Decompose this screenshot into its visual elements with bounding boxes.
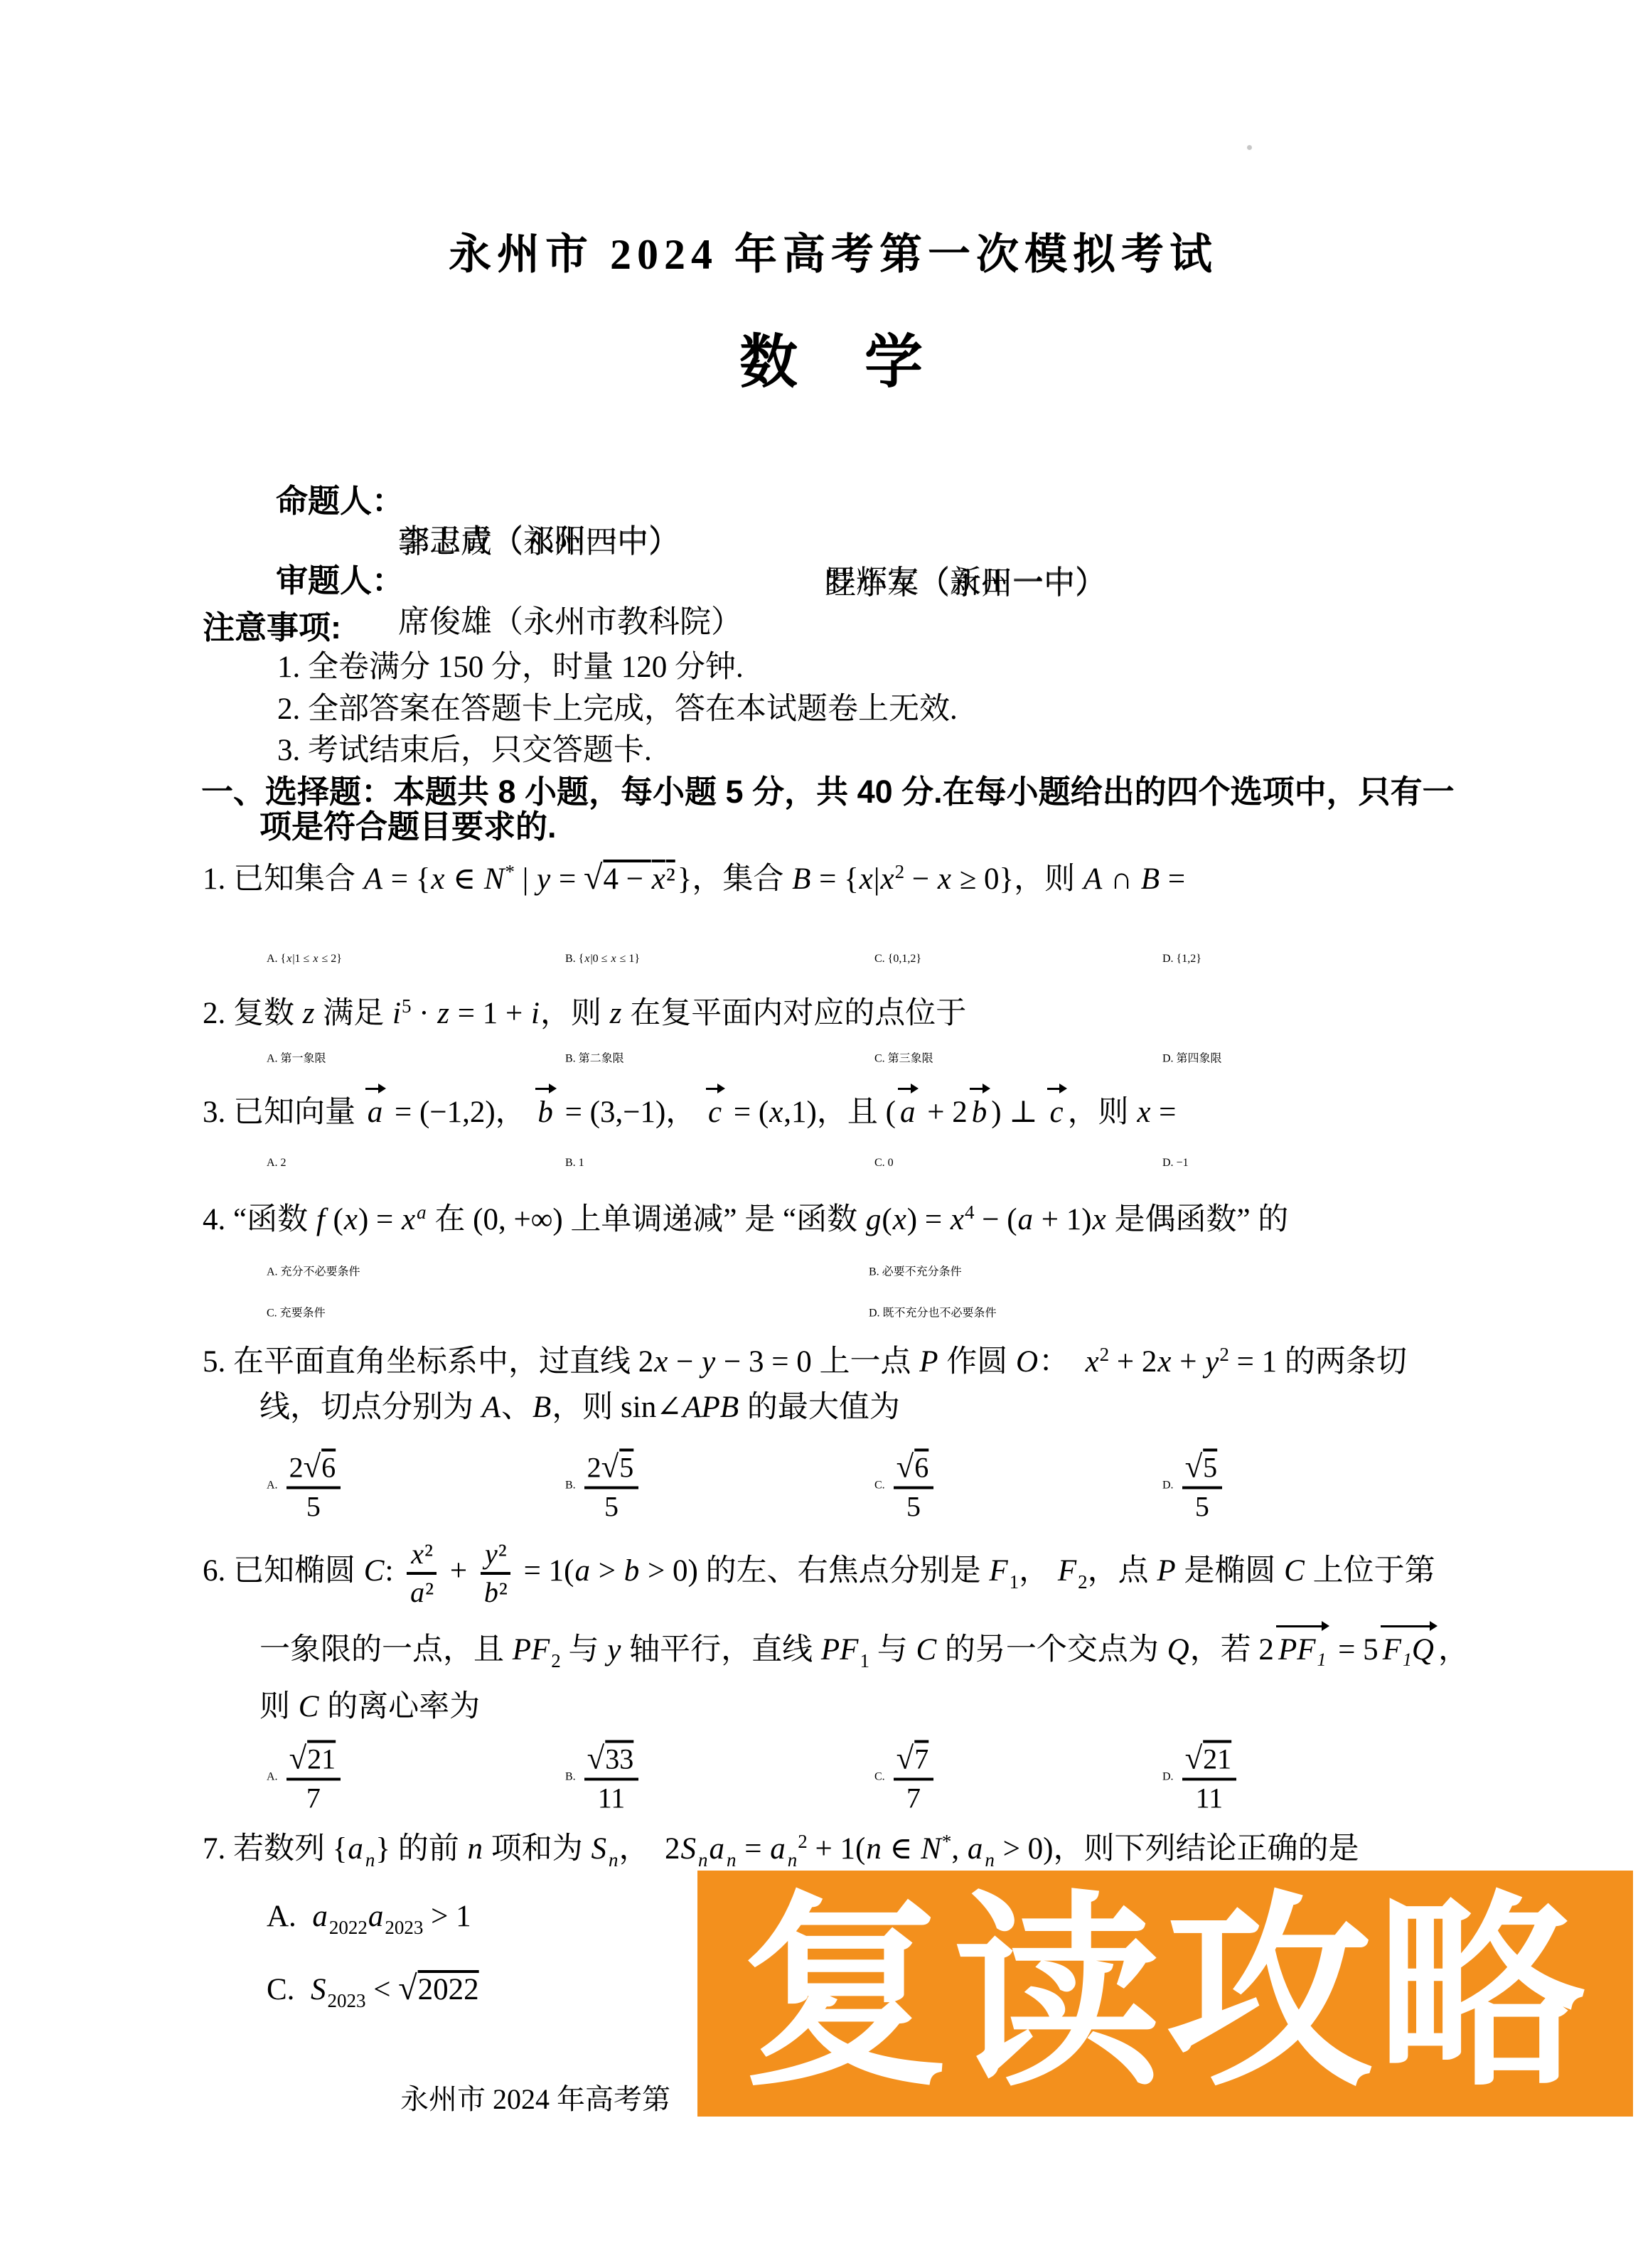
question-6-stem-line2: 一象限的一点，且 PF2 与 y 轴平行，直线 PF1 与 C 的另一个交点为 …	[259, 1630, 1469, 1674]
question-7-stem: 7. 若数列 {an} 的前 n 项和为 Sn， 2Snan = an2 + 1…	[203, 1829, 1359, 1873]
q2-option-c: C. 第三象限	[874, 1049, 933, 1066]
question-2-options: A. 第一象限 B. 第二象限 C. 第三象限 D. 第四象限	[0, 1037, 1638, 1078]
q4-option-a: A. 充分不必要条件	[267, 1263, 360, 1279]
q4-option-c: C. 充要条件	[267, 1304, 326, 1320]
exam-paper-page: { "title": "永州市 2024 年高考第一次模拟考试", "subje…	[0, 0, 1638, 2268]
question-4-stem: 4. “函数 f (x) = xa 在 (0, +∞) 上单调递减” 是 “函数…	[203, 1199, 1288, 1243]
q4-option-d: D. 既不充分也不必要条件	[869, 1304, 997, 1320]
q6-option-c: C. √77	[874, 1741, 939, 1813]
question-5-stem-line2: 线，切点分别为 A、B，则 sin∠APB 的最大值为	[259, 1387, 900, 1428]
q5-option-c: C. √65	[874, 1450, 939, 1521]
page-footer: 永州市 2024 年高考第	[400, 2079, 670, 2120]
scan-speck	[1247, 145, 1252, 150]
question-4-options-cd: C. 充要条件 D. 既不充分也不必要条件	[0, 1291, 1638, 1332]
q1-option-b: B. {x|0 ≤ x ≤ 1}	[565, 953, 640, 965]
q2-option-b: B. 第二象限	[565, 1049, 624, 1066]
q3-option-c: C. 0	[874, 1157, 894, 1170]
q6-option-a: A. √217	[267, 1741, 346, 1813]
notice-item-2: 2. 全部答案在答题卡上完成，答在本试题卷上无效.	[277, 689, 958, 730]
notice-item-3: 3. 考试结束后，只交答题卡.	[277, 730, 652, 771]
watermark-banner: 复读攻略	[697, 1871, 1633, 2117]
question-4-options-ab: A. 充分不必要条件 B. 必要不充分条件	[0, 1250, 1638, 1291]
q1-option-c: C. {0,1,2}	[874, 953, 921, 965]
q6-option-d: D. √2111	[1162, 1741, 1242, 1813]
q1-option-a: A. {x|1 ≤ x ≤ 2}	[267, 953, 342, 965]
question-2-stem: 2. 复数 z 满足 i5 · z = 1 + i，则 z 在复平面内对应的点位…	[203, 993, 966, 1037]
question-6-stem-line1: 6. 已知椭圆 C: x²a² + y²b² = 1(a > b > 0) 的左…	[203, 1518, 1435, 1627]
q5-option-a: A. 2√65	[267, 1450, 346, 1521]
q3-option-d: D. −1	[1162, 1157, 1189, 1170]
page-title: 永州市 2024 年高考第一次模拟考试	[0, 228, 1638, 282]
subject-title: 数 学	[0, 327, 1638, 398]
q4-option-b: B. 必要不充分条件	[869, 1263, 962, 1279]
reviewer-label: 审题人：	[276, 560, 404, 601]
q2-option-a: A. 第一象限	[267, 1049, 326, 1066]
q3-option-b: B. 1	[565, 1157, 584, 1170]
question-5-stem-line1: 5. 在平面直角坐标系中，过直线 2x − y − 3 = 0 上一点 P 作圆…	[203, 1342, 1407, 1386]
q6-option-b: B. √3311	[565, 1741, 644, 1813]
q3-option-a: A. 2	[267, 1157, 287, 1170]
q7-option-c: C. S2023 < √2022	[267, 1968, 481, 2013]
notice-heading: 注意事项:	[203, 607, 341, 648]
q5-option-b: B. 2√55	[565, 1450, 644, 1521]
q5-option-d: D. √55	[1162, 1450, 1228, 1521]
question-6-options: A. √217 B. √3311 C. √77 D. √2111	[0, 1728, 1638, 1827]
notice-item-1: 1. 全卷满分 150 分，时量 120 分钟.	[277, 647, 744, 688]
q2-option-d: D. 第四象限	[1162, 1049, 1222, 1066]
question-1-stem: 1. 已知集合 A = {x ∈ N* | y = √4 − x²}，集合 B …	[203, 857, 1185, 903]
q1-option-d: D. {1,2}	[1162, 953, 1201, 965]
watermark-text: 复读攻略	[742, 1890, 1589, 2097]
question-3-stem: 3. 已知向量 a = (−1,2)， b = (3,−1)， c = (x,1…	[203, 1092, 1176, 1133]
question-3-options: A. 2 B. 1 C. 0 D. −1	[0, 1143, 1638, 1184]
section1-heading-line2: 项是符合题目要求的.	[259, 806, 557, 847]
question-6-stem-line3: 则 C 的离心率为	[259, 1686, 480, 1728]
reviewer-name: 席俊雄（永州市教科院）	[398, 601, 742, 643]
q7-option-a: A. a2022a2023 > 1	[267, 1896, 471, 1940]
question-1-options: A. {x|1 ≤ x ≤ 2} B. {x|0 ≤ x ≤ 1} C. {0,…	[0, 938, 1638, 980]
